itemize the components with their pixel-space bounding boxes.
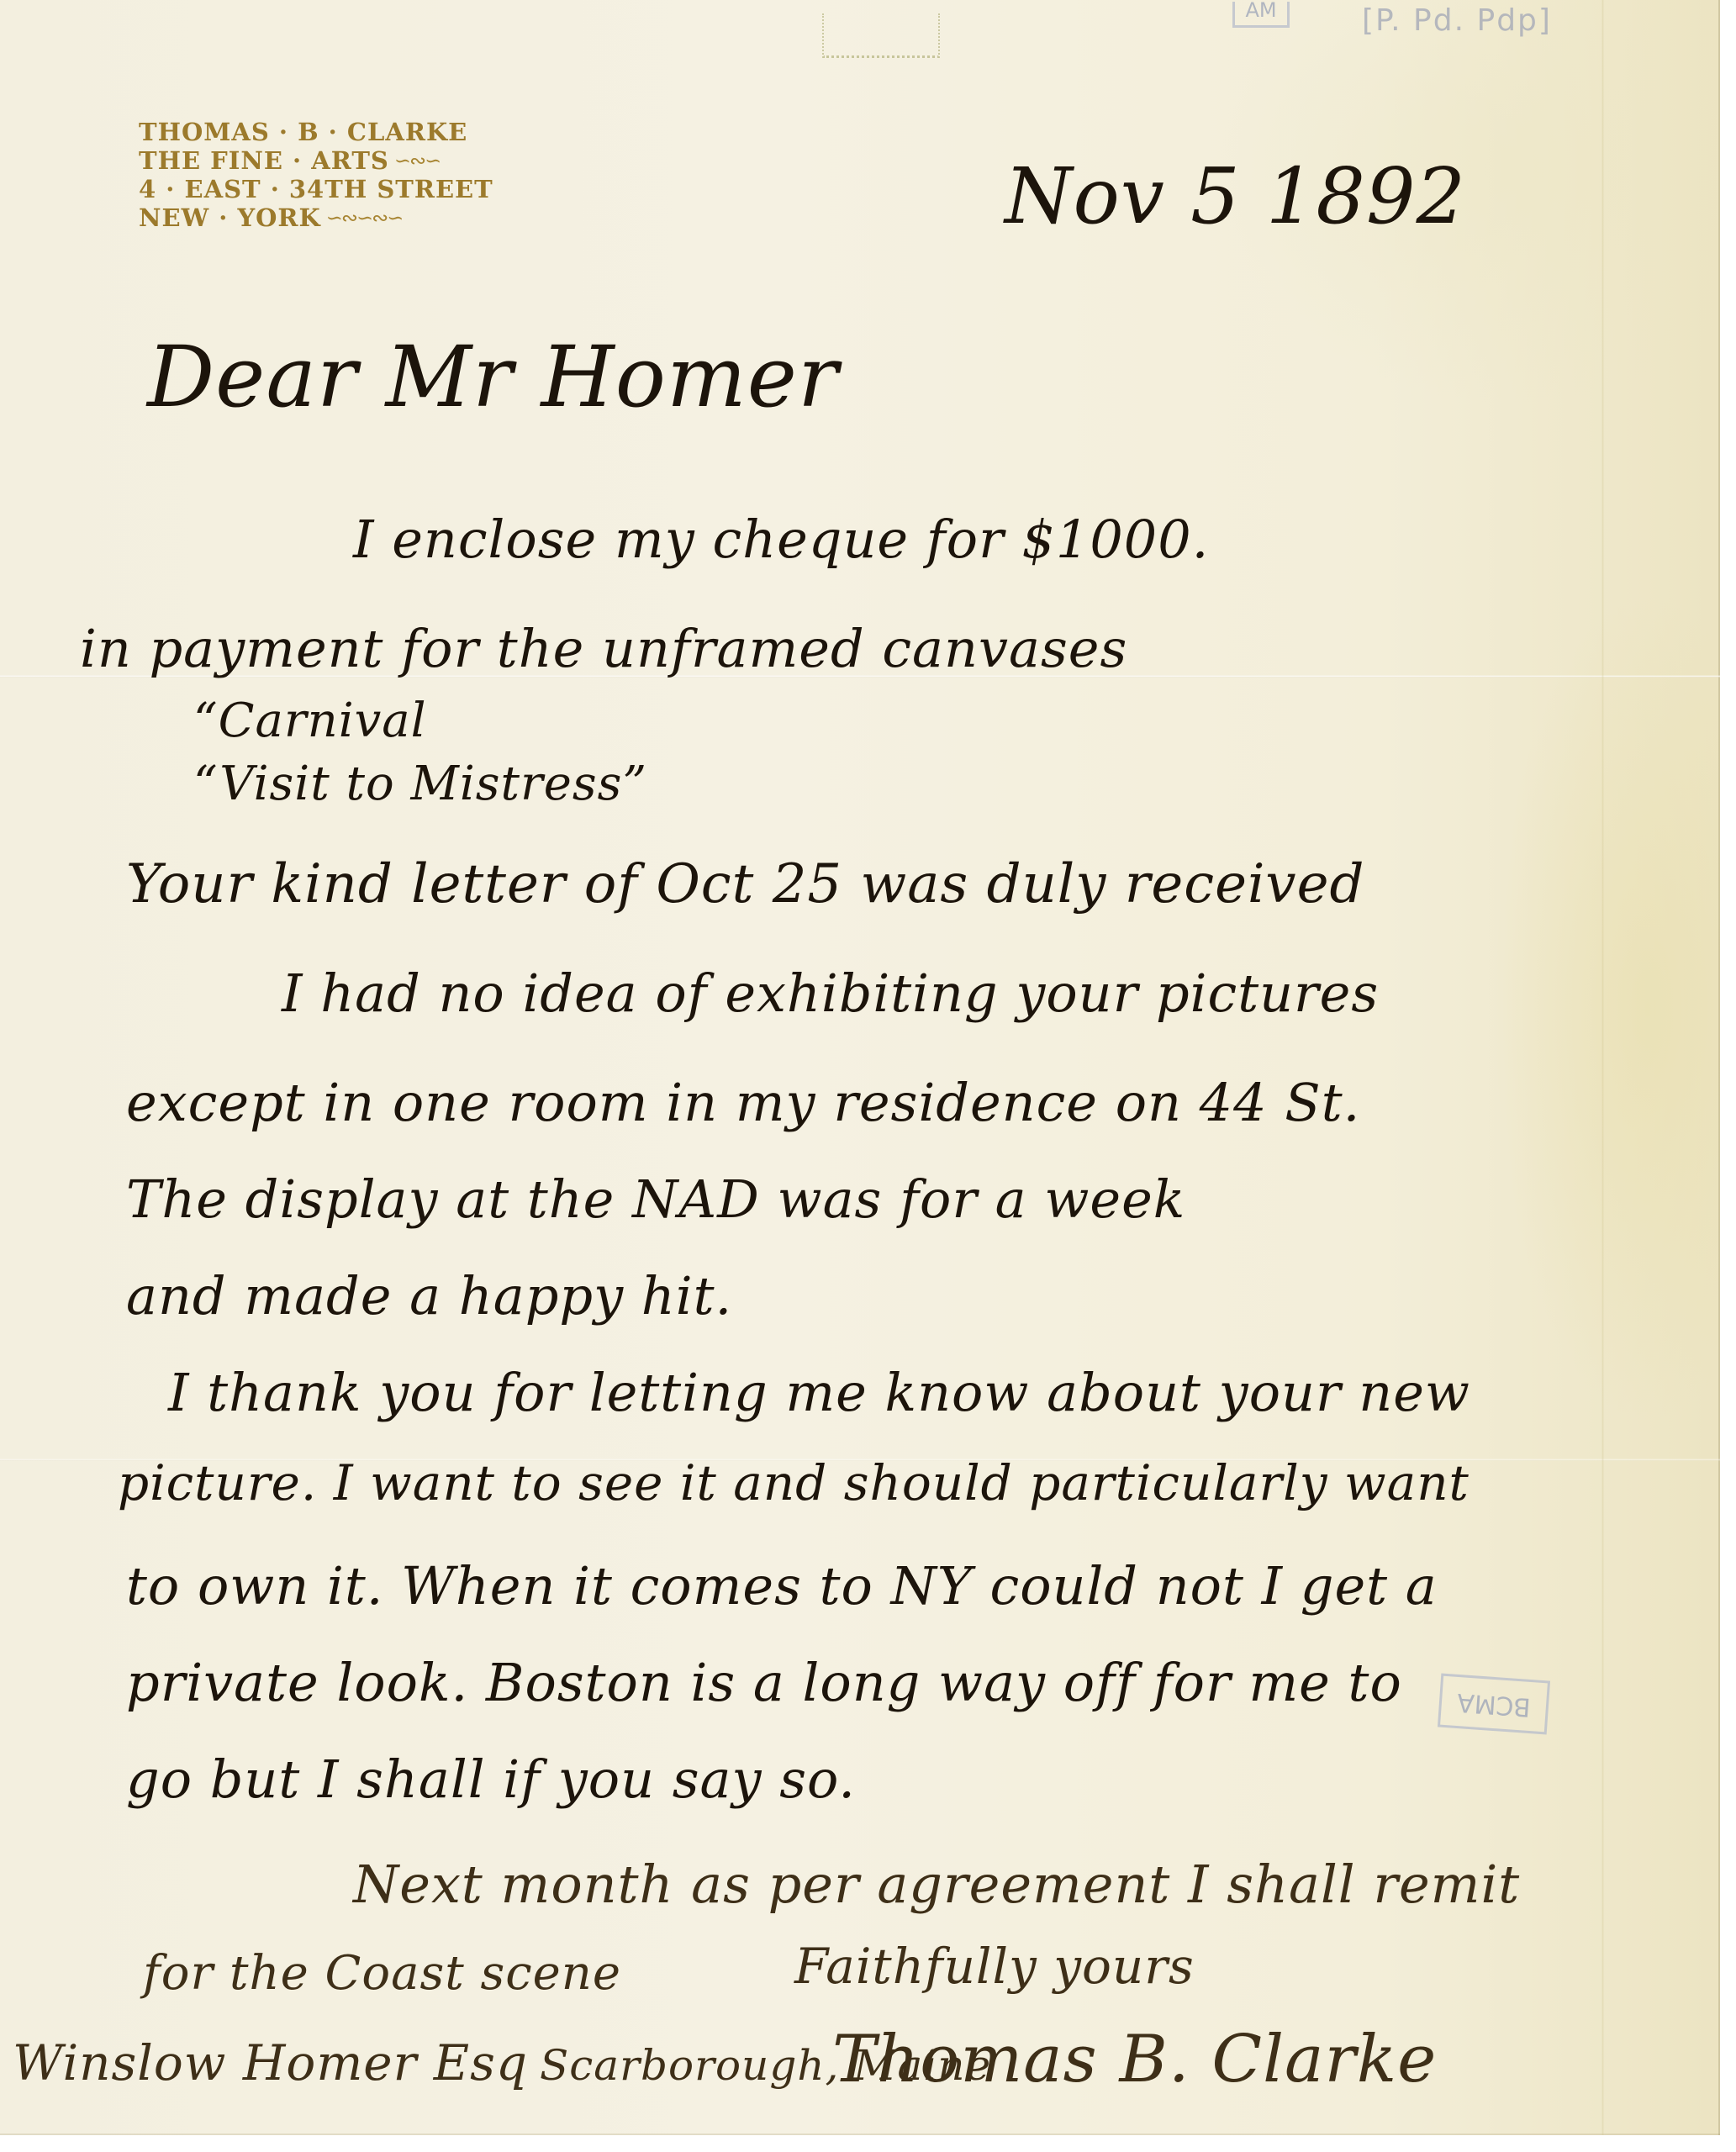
letter-line: to own it. When it comes to NY could not… — [126, 1555, 1438, 1617]
letter-line: go but I shall if you say so. — [126, 1748, 856, 1810]
letter-line: for the Coast scene — [143, 1946, 621, 2001]
letter-line: “Carnival — [193, 694, 427, 748]
letter-line: I enclose my cheque for $1000. — [353, 509, 1209, 570]
letter-line: Next month as per agreement I shall remi… — [353, 1854, 1520, 1915]
letterhead-name: THOMAS · B · CLARKE — [139, 118, 467, 146]
recipient-name: Winslow Homer Esq — [13, 2034, 528, 2091]
scroll-flourish-icon: ∽∾∽∾∽ — [326, 203, 403, 232]
letterhead-name-line: THOMAS · B · CLARKE — [139, 118, 493, 146]
letterhead-address-line: 4 · EAST · 34TH STREET — [139, 175, 493, 203]
letterhead-business: THE FINE · ARTS — [139, 146, 389, 175]
letterhead-address: 4 · EAST · 34TH STREET — [139, 175, 493, 203]
letter-line: The display at the NAD was for a week — [126, 1168, 1185, 1230]
letter-line: except in one room in my residence on 44… — [126, 1072, 1360, 1133]
archive-stamp-am: AM — [1232, 2, 1290, 28]
letter-line: private look. Boston is a long way off f… — [126, 1652, 1402, 1713]
scroll-flourish-icon: ∽∾∽ — [394, 146, 440, 175]
salutation: Dear Mr Homer — [147, 328, 839, 426]
letterhead: THOMAS · B · CLARKE THE FINE · ARTS ∽∾∽ … — [139, 118, 493, 232]
letter-page: AM [P. Pd. Pdp] THOMAS · B · CLARKE THE … — [0, 0, 1720, 2135]
letter-line: I had no idea of exhibiting your picture… — [282, 963, 1379, 1024]
recipient-address: Winslow Homer EsqScarborough, Maine — [13, 2034, 991, 2091]
letterhead-business-line: THE FINE · ARTS ∽∾∽ — [139, 146, 493, 175]
letter-line: I thank you for letting me know about yo… — [168, 1362, 1470, 1423]
vertical-stain-edge — [1601, 0, 1604, 2135]
archive-stamp-bcma: BCMA — [1438, 1674, 1550, 1735]
letter-line: in payment for the unframed canvases — [80, 618, 1127, 679]
letter-line: picture. I want to see it and should par… — [118, 1454, 1470, 1511]
letter-line: and made a happy hit. — [126, 1265, 732, 1327]
faint-corner-mark — [822, 13, 940, 58]
letterhead-city-line: NEW · YORK ∽∾∽∾∽ — [139, 203, 493, 232]
closing: Faithfully yours — [794, 1938, 1195, 1995]
recipient-place: Scarborough, Maine — [540, 2041, 991, 2090]
letter-line: “Visit to Mistress” — [193, 757, 647, 811]
pencil-catalog-note: [P. Pd. Pdp] — [1362, 3, 1552, 38]
letter-date: Nov 5 1892 — [1005, 151, 1466, 241]
letter-line: Your kind letter of Oct 25 was duly rece… — [126, 853, 1364, 915]
letterhead-city: NEW · YORK — [139, 203, 321, 232]
